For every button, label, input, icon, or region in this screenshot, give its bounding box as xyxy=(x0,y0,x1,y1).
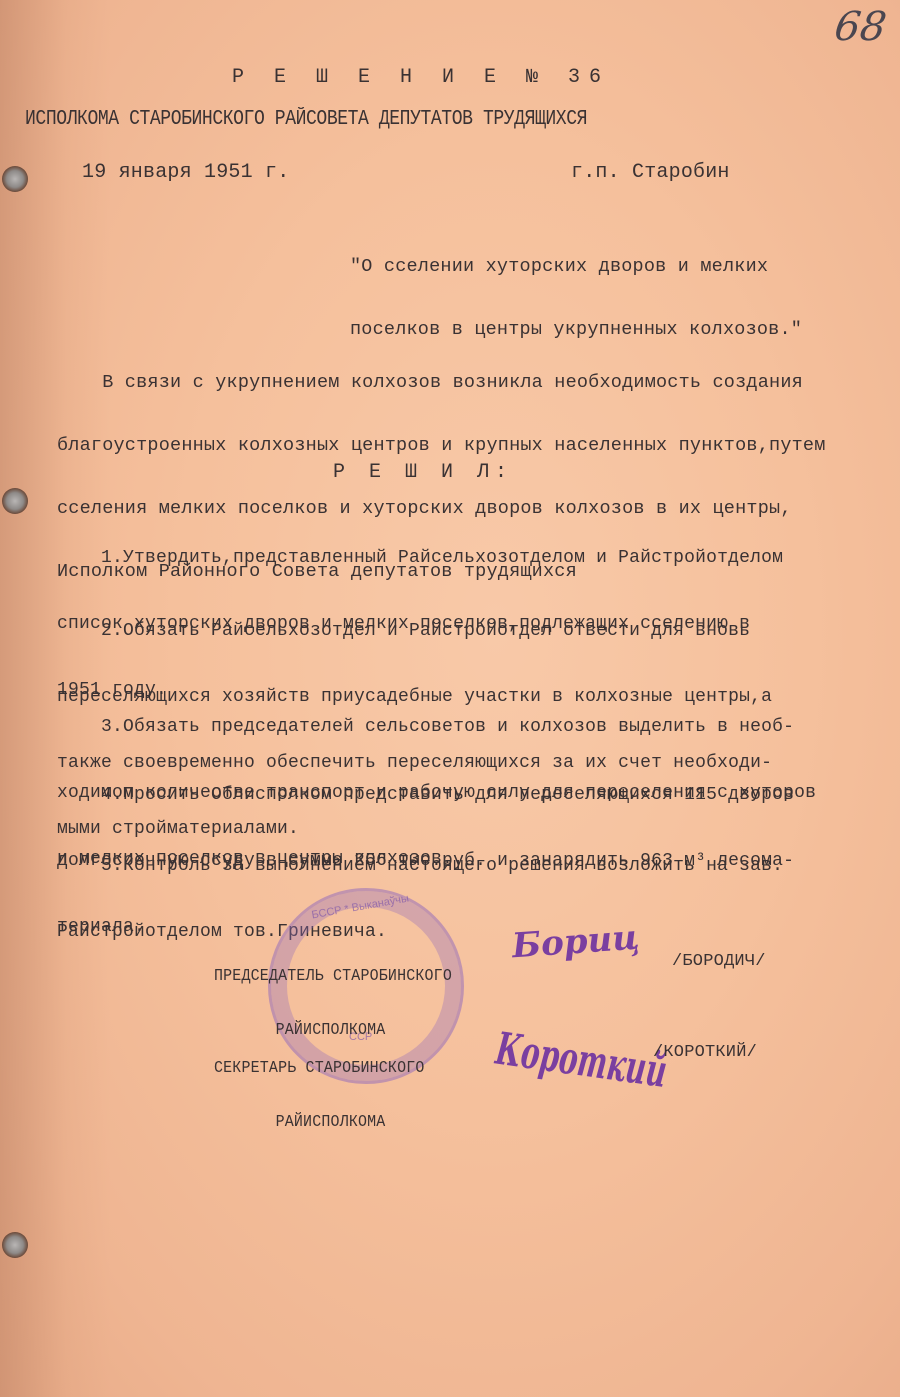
item-line: 1.Утвердить,представленный Райсельхозотд… xyxy=(57,547,783,569)
page-number: 68 xyxy=(832,4,889,50)
preamble-line: благоустроенных колхозных центров и круп… xyxy=(57,435,826,456)
preamble-line: В связи с укрупнением колхозов возникла … xyxy=(57,372,826,393)
item-line: 4.Просить Облисполком представить для пе… xyxy=(57,784,794,806)
punch-hole-icon xyxy=(2,488,28,514)
signature-title-line: РАЙИСПОЛКОМА xyxy=(214,1114,425,1132)
issuing-body: ИСПОЛКОМА СТАРОБИНСКОГО РАЙСОВЕТА ДЕПУТА… xyxy=(25,108,587,131)
punch-hole-icon xyxy=(2,1232,28,1258)
item-line: 3.Обязать председателей сельсоветов и ко… xyxy=(57,716,816,738)
subject-line: "О сселении хуторских дворов и мелких xyxy=(350,256,802,277)
secretary-title: СЕКРЕТАРЬ СТАРОБИНСКОГО РАЙИСПОЛКОМА xyxy=(214,1024,425,1168)
item-line: 5.Контроль за выполнением настоящего реш… xyxy=(57,855,783,877)
stamp-text: БССР * Выканаўчы xyxy=(311,893,410,922)
secretary-name: /КОРОТКИЙ/ xyxy=(653,1041,757,1064)
item-line: 2.Обязать Райсельхозотдел и Райстройотде… xyxy=(57,620,772,642)
document-page: 68 Р Е Ш Е Н И Е № 36 ИСПОЛКОМА СТАРОБИН… xyxy=(0,0,900,1397)
document-title: Р Е Ш Е Н И Е № 36 xyxy=(232,66,610,89)
document-date: 19 января 1951 г. xyxy=(82,161,289,184)
chairman-name: /БОРОДИЧ/ xyxy=(672,950,766,973)
signature-title-line: СЕКРЕТАРЬ СТАРОБИНСКОГО xyxy=(214,1060,425,1078)
resolved-heading: Р Е Ш И Л: xyxy=(333,461,513,484)
signature-title-line: ПРЕДСЕДАТЕЛЬ СТАРОБИНСКОГО xyxy=(214,968,452,986)
punch-hole-icon xyxy=(2,166,28,192)
document-place: г.п. Старобин xyxy=(571,161,730,184)
secretary-signature: Короткий xyxy=(493,1022,670,1098)
